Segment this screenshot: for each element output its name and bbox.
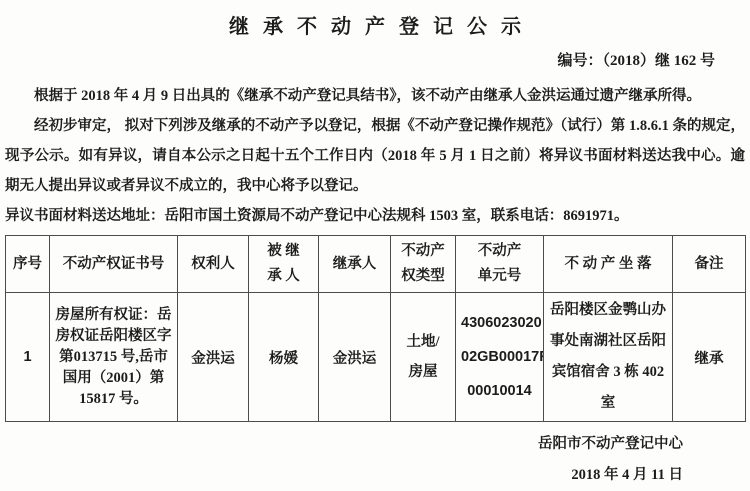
table-header-row: 序号 不动产权证书号 权利人 被 继 承 人 继承人 不动产 权类型 不动产 单…	[6, 236, 746, 293]
cell-heir: 金洪运	[319, 293, 391, 422]
header-seq: 序号	[6, 236, 50, 293]
cell-seq: 1	[6, 293, 50, 422]
cell-unit-no: 4306023020 02GB00017F 00010014	[456, 293, 544, 422]
header-unit-no: 不动产 单元号	[456, 236, 544, 293]
paragraph-basis: 根据于 2018 年 4 月 9 日出具的《继承不动产登记具结书》，该不动产由继…	[5, 81, 745, 111]
property-registration-table: 序号 不动产权证书号 权利人 被 继 承 人 继承人 不动产 权类型 不动产 单…	[5, 235, 746, 422]
document-title: 继承不动产登记公示	[5, 13, 745, 41]
header-right-holder: 权利人	[178, 236, 249, 293]
header-decedent: 被 继 承 人	[249, 236, 319, 293]
issue-date: 2018 年 4 月 11 日	[5, 464, 745, 486]
cell-certificate-no: 房屋所有权证：岳房权证岳阳楼区字第013715 号,岳市国用（2001）第 15…	[50, 293, 178, 422]
cell-location: 岳阳楼区金鹗山办 事处南湖社区岳阳 宾馆宿舍 3 栋 402 室	[544, 293, 673, 422]
paragraph-public-notice: 经初步审定， 拟对下列涉及继承的不动产予以登记，根据《不动产登记操作规范》（试行…	[5, 111, 745, 201]
header-location: 不 动 产 坐 落	[544, 236, 673, 293]
header-remark: 备注	[673, 236, 746, 293]
issuer-signature: 岳阳市不动产登记中心	[5, 433, 745, 455]
cell-right-type: 土地/ 房屋	[391, 293, 456, 422]
objection-address-line: 异议书面材料送达地址：岳阳市国土资源局不动产登记中心法规科 1503 室，联系电…	[5, 202, 745, 230]
cell-remark: 继承	[673, 293, 746, 422]
table-row: 1 房屋所有权证：岳房权证岳阳楼区字第013715 号,岳市国用（2001）第 …	[6, 293, 746, 422]
header-certificate-no: 不动产权证书号	[50, 236, 178, 293]
header-right-type: 不动产 权类型	[391, 236, 456, 293]
header-heir: 继承人	[319, 236, 391, 293]
cell-decedent: 杨媛	[249, 293, 319, 422]
document-number: 编号：（2018）继 162 号	[5, 50, 745, 72]
cell-right-holder: 金洪运	[178, 293, 249, 422]
notice-document: 继承不动产登记公示 编号：（2018）继 162 号 根据于 2018 年 4 …	[0, 0, 750, 491]
